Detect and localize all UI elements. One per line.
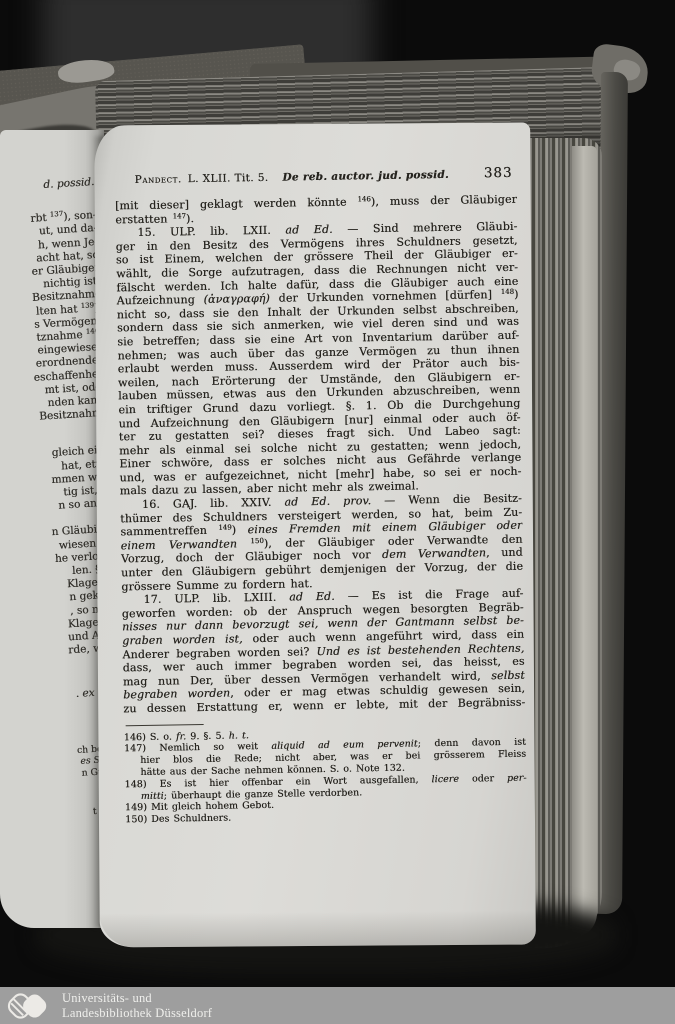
left-page-line: d. possid. [0, 176, 95, 195]
header-title: De reb. auctor. jud. possid. [282, 169, 449, 184]
body-text: [mit dieser] geklagt werden könnte 146),… [115, 193, 526, 716]
page-number: 383 [484, 165, 513, 181]
library-name-line1: Universitäts- und [62, 991, 212, 1006]
right-page: Pandect. L. XLII. Tit. 5. De reb. auctor… [94, 122, 536, 947]
library-name: Universitäts- und Landesbibliothek Düsse… [62, 991, 212, 1021]
footnote-separator [126, 724, 204, 726]
running-header: Pandect. L. XLII. Tit. 5. De reb. auctor… [114, 165, 516, 188]
left-page: d. possid.rbt 137), son-ut, und da-h, we… [0, 130, 104, 928]
book-photo-scene: d. possid.rbt 137), son-ut, und da-h, we… [0, 0, 675, 1024]
footnotes: 146) S. o. fr. 9. §. 5. h. t.147) Nemlic… [124, 725, 528, 826]
right-page-text: Pandect. L. XLII. Tit. 5. De reb. auctor… [114, 165, 527, 827]
header-citation: L. XLII. Tit. 5. [188, 172, 269, 185]
library-name-line2: Landesbibliothek Düsseldorf [62, 1006, 212, 1021]
ulb-duesseldorf-logo-icon [5, 989, 53, 1023]
header-work-name: Pandect. [135, 173, 182, 186]
page-block-edge-highlight [572, 146, 597, 938]
library-banner: Universitäts- und Landesbibliothek Düsse… [0, 987, 675, 1024]
